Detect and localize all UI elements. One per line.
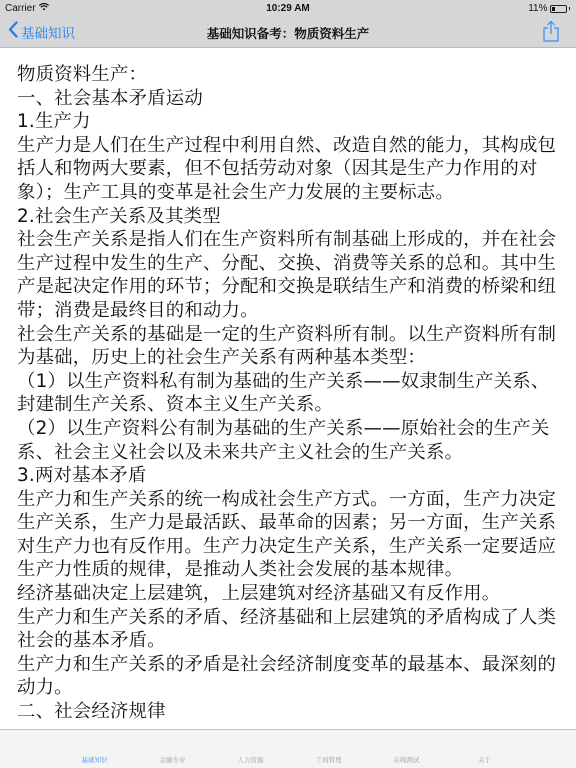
navigation-bar: 基础知识 基础知识备考：物质资料生产 xyxy=(0,18,576,48)
subsection-heading: 2.社会生产关系及其类型 xyxy=(17,205,564,229)
paragraph: 生产力和生产关系的统一构成社会生产方式。一方面，生产力决定生产关系，生产力是最活… xyxy=(17,488,564,582)
tab-business-management[interactable]: 工商管理 xyxy=(292,730,366,768)
clock: 10:29 AM xyxy=(0,3,576,14)
subsection-heading: 1.生产力 xyxy=(17,110,564,134)
page-title: 基础知识备考：物质资料生产 xyxy=(0,24,576,42)
battery-icon xyxy=(550,5,567,13)
paragraph: 社会生产关系是指人们在生产资料所有制基础上形成的，并在社会生产过程中发生的生产、… xyxy=(17,228,564,322)
share-button[interactable] xyxy=(543,20,559,42)
paragraph: 社会生产关系的基础是一定的生产资料所有制。以生产资料所有制为基础，历史上的社会生… xyxy=(17,323,564,370)
subsection-heading: 3.两对基本矛盾 xyxy=(17,464,564,488)
paragraph: 生产力和生产关系的矛盾、经济基础和上层建筑的矛盾构成了人类社会的基本矛盾。 xyxy=(17,606,564,653)
tab-online-test[interactable]: 在线测试 xyxy=(370,730,444,768)
tab-finance[interactable]: 金融专业 xyxy=(136,730,210,768)
section-heading: 一、社会基本矛盾运动 xyxy=(17,87,564,111)
tab-basic-knowledge[interactable]: 基础知识 xyxy=(58,730,132,768)
paragraph: 经济基础决定上层建筑，上层建筑对经济基础又有反作用。 xyxy=(17,582,564,606)
status-bar: Carrier 10:29 AM 11% xyxy=(0,0,576,18)
battery-percent: 11% xyxy=(528,3,547,14)
paragraph: （1）以生产资料私有制为基础的生产关系——奴隶制生产关系、封建制生产关系、资本主… xyxy=(17,370,564,417)
tab-about[interactable]: 关于 xyxy=(448,730,522,768)
tab-human-resources[interactable]: 人力资源 xyxy=(214,730,288,768)
battery-status: 11% xyxy=(528,3,570,14)
paragraph: 生产力是人们在生产过程中利用自然、改造自然的能力，其构成包括人和物两大要素，但不… xyxy=(17,134,564,205)
section-heading: 二、社会经济规律 xyxy=(17,700,564,724)
tab-bar: 基础知识 金融专业 人力资源 工商管理 在线测试 关于 xyxy=(0,729,576,768)
article-content[interactable]: 物质资料生产： 一、社会基本矛盾运动 1.生产力 生产力是人们在生产过程中利用自… xyxy=(0,49,576,729)
article-heading: 物质资料生产： xyxy=(17,63,564,87)
share-icon xyxy=(543,27,559,46)
paragraph: （2）以生产资料公有制为基础的生产关系——原始社会的生产关系、社会主义社会以及未… xyxy=(17,417,564,464)
paragraph: 生产力和生产关系的矛盾是社会经济制度变革的最基本、最深刻的动力。 xyxy=(17,653,564,700)
